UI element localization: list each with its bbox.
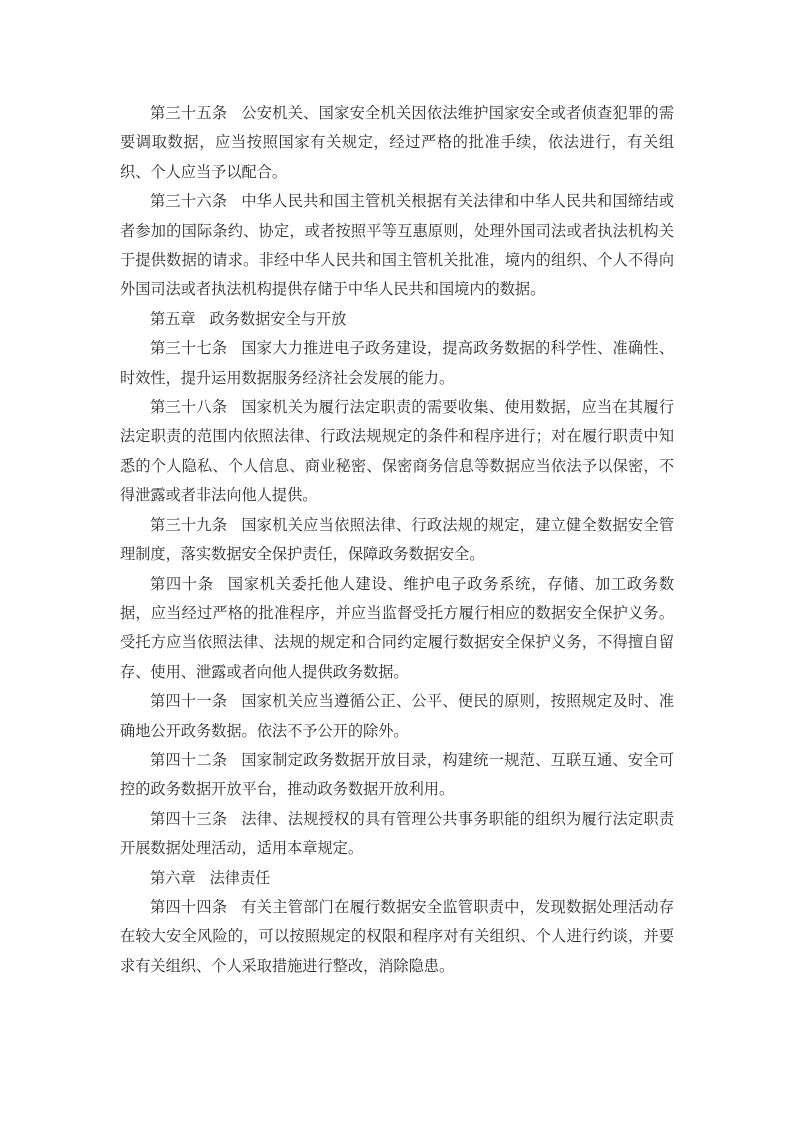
chapter-5-heading: 第五章政务数据安全与开放 [120, 305, 674, 334]
article-37: 第三十七条国家大力推进电子政务建设，提高政务数据的科学性、准确性、时效性，提升运… [120, 334, 674, 393]
article-number: 第三十七条 [150, 339, 227, 357]
article-number: 第三十六条 [150, 192, 227, 210]
article-41: 第四十一条国家机关应当遵循公正、公平、便民的原则，按照规定及时、准确地公开政务数… [120, 687, 674, 746]
article-number: 第四十条 [150, 575, 214, 593]
article-number: 第四十一条 [150, 692, 227, 710]
article-number: 第三十八条 [150, 398, 227, 416]
article-36: 第三十六条中华人民共和国主管机关根据有关法律和中华人民共和国缔结或者参加的国际条… [120, 187, 674, 305]
chapter-6-heading: 第六章法律责任 [120, 864, 674, 893]
article-43: 第四十三条法律、法规授权的具有管理公共事务职能的组织为履行法定职责开展数据处理活… [120, 805, 674, 864]
article-number: 第四十四条 [150, 898, 227, 916]
chapter-title: 法律责任 [210, 869, 271, 887]
document-page: 第三十五条公安机关、国家安全机关因依法维护国家安全或者侦查犯罪的需要调取数据，应… [120, 99, 674, 981]
article-42: 第四十二条国家制定政务数据开放目录，构建统一规范、互联互通、安全可控的政务数据开… [120, 746, 674, 805]
article-number: 第四十三条 [150, 810, 227, 828]
chapter-number: 第六章 [150, 869, 196, 887]
article-number: 第三十九条 [150, 516, 227, 534]
chapter-title: 政务数据安全与开放 [210, 310, 347, 328]
article-44: 第四十四条有关主管部门在履行数据安全监管职责中，发现数据处理活动存在较大安全风险… [120, 893, 674, 981]
article-40: 第四十条国家机关委托他人建设、维护电子政务系统，存储、加工政务数据，应当经过严格… [120, 570, 674, 688]
article-number: 第三十五条 [150, 104, 227, 122]
chapter-number: 第五章 [150, 310, 196, 328]
article-38: 第三十八条国家机关为履行法定职责的需要收集、使用数据，应当在其履行法定职责的范围… [120, 393, 674, 511]
article-number: 第四十二条 [150, 751, 227, 769]
article-35: 第三十五条公安机关、国家安全机关因依法维护国家安全或者侦查犯罪的需要调取数据，应… [120, 99, 674, 187]
article-39: 第三十九条国家机关应当依照法律、行政法规的规定，建立健全数据安全管理制度，落实数… [120, 511, 674, 570]
